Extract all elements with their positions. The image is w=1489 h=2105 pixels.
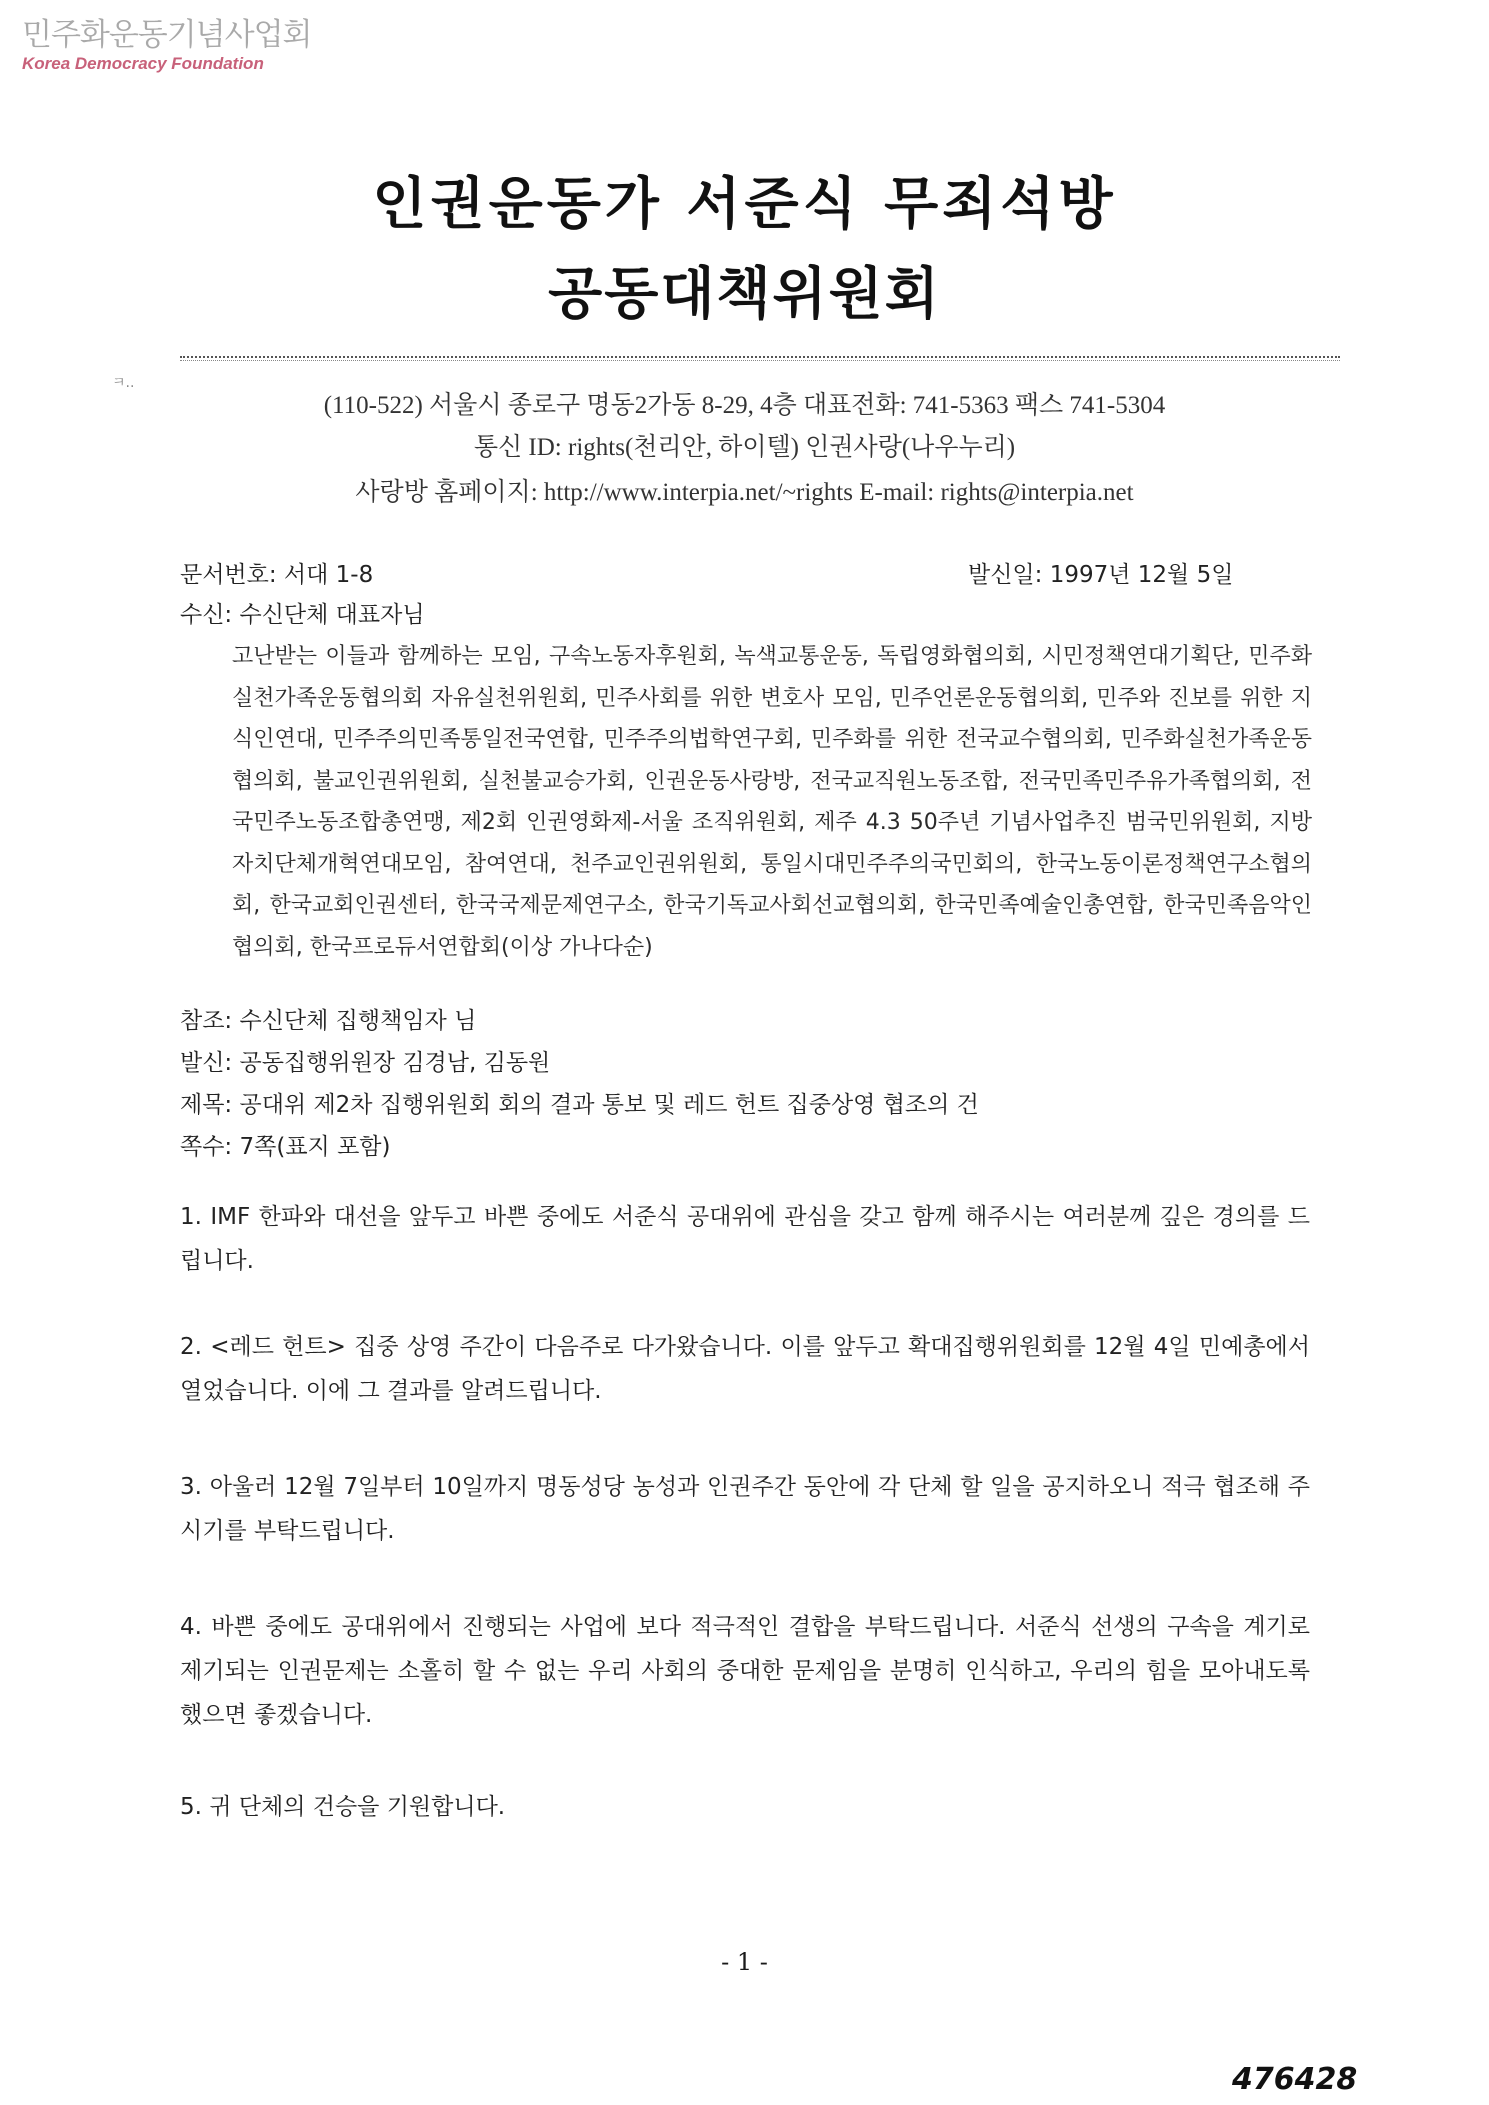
body-paragraph: 2. <레드 헌트> 집중 상영 주간이 다음주로 다가왔습니다. 이를 앞두고… [180, 1325, 1310, 1413]
doc-number: 문서번호: 서대 1-8 [180, 556, 373, 589]
comm-id-line: 통신 ID: rights(천리안, 하이텔) 인권사랑(나우누리) [0, 427, 1489, 463]
issue-date: 발신일: 1997년 12월 5일 [968, 556, 1233, 589]
page-number: - 1 - [0, 1948, 1489, 1976]
sender-line: 발신: 공동집행위원장 김경남, 김동원 [180, 1042, 979, 1084]
body-paragraph: 4. 바쁜 중에도 공대위에서 진행되는 사업에 보다 적극적인 결합을 부탁드… [180, 1605, 1310, 1737]
header-divider-secondary [180, 360, 1340, 361]
archive-number: 476428 [1232, 2062, 1357, 2097]
document-title-line2: 공동대책위원회 [0, 250, 1489, 330]
header-divider [180, 356, 1340, 358]
memo-fields: 참조: 수신단체 집행책임자 님 발신: 공동집행위원장 김경남, 김동원 제목… [180, 1000, 979, 1168]
cc-line: 참조: 수신단체 집행책임자 님 [180, 1000, 979, 1042]
address-line: (110-522) 서울시 종로구 명동2가동 8-29, 4층 대표전화: 7… [0, 385, 1489, 421]
page-count-line: 쪽수: 7쪽(표지 포함) [180, 1126, 979, 1168]
homepage-line: 사랑방 홈페이지: http://www.interpia.net/~right… [0, 472, 1489, 508]
recipient-list: 고난받는 이들과 함께하는 모임, 구속노동자후원회, 녹색교통운동, 독립영화… [232, 636, 1312, 968]
logo-english: Korea Democracy Foundation [22, 54, 311, 74]
logo-korean: 민주화운동기념사업회 [22, 18, 311, 52]
foundation-logo: 민주화운동기념사업회 Korea Democracy Foundation [22, 18, 311, 74]
body-paragraph: 3. 아울러 12월 7일부터 10일까지 명동성당 농성과 인권주간 동안에 … [180, 1465, 1310, 1553]
subject-line: 제목: 공대위 제2차 집행위원회 회의 결과 통보 및 레드 헌트 집중상영 … [180, 1084, 979, 1126]
body-paragraph: 5. 귀 단체의 건승을 기원합니다. [180, 1785, 1310, 1829]
recipient: 수신: 수신단체 대표자님 [180, 596, 425, 629]
body-paragraph: 1. IMF 한파와 대선을 앞두고 바쁜 중에도 서준식 공대위에 관심을 갖… [180, 1195, 1310, 1283]
document-title-line1: 인권운동가 서준식 무죄석방 [0, 160, 1489, 240]
